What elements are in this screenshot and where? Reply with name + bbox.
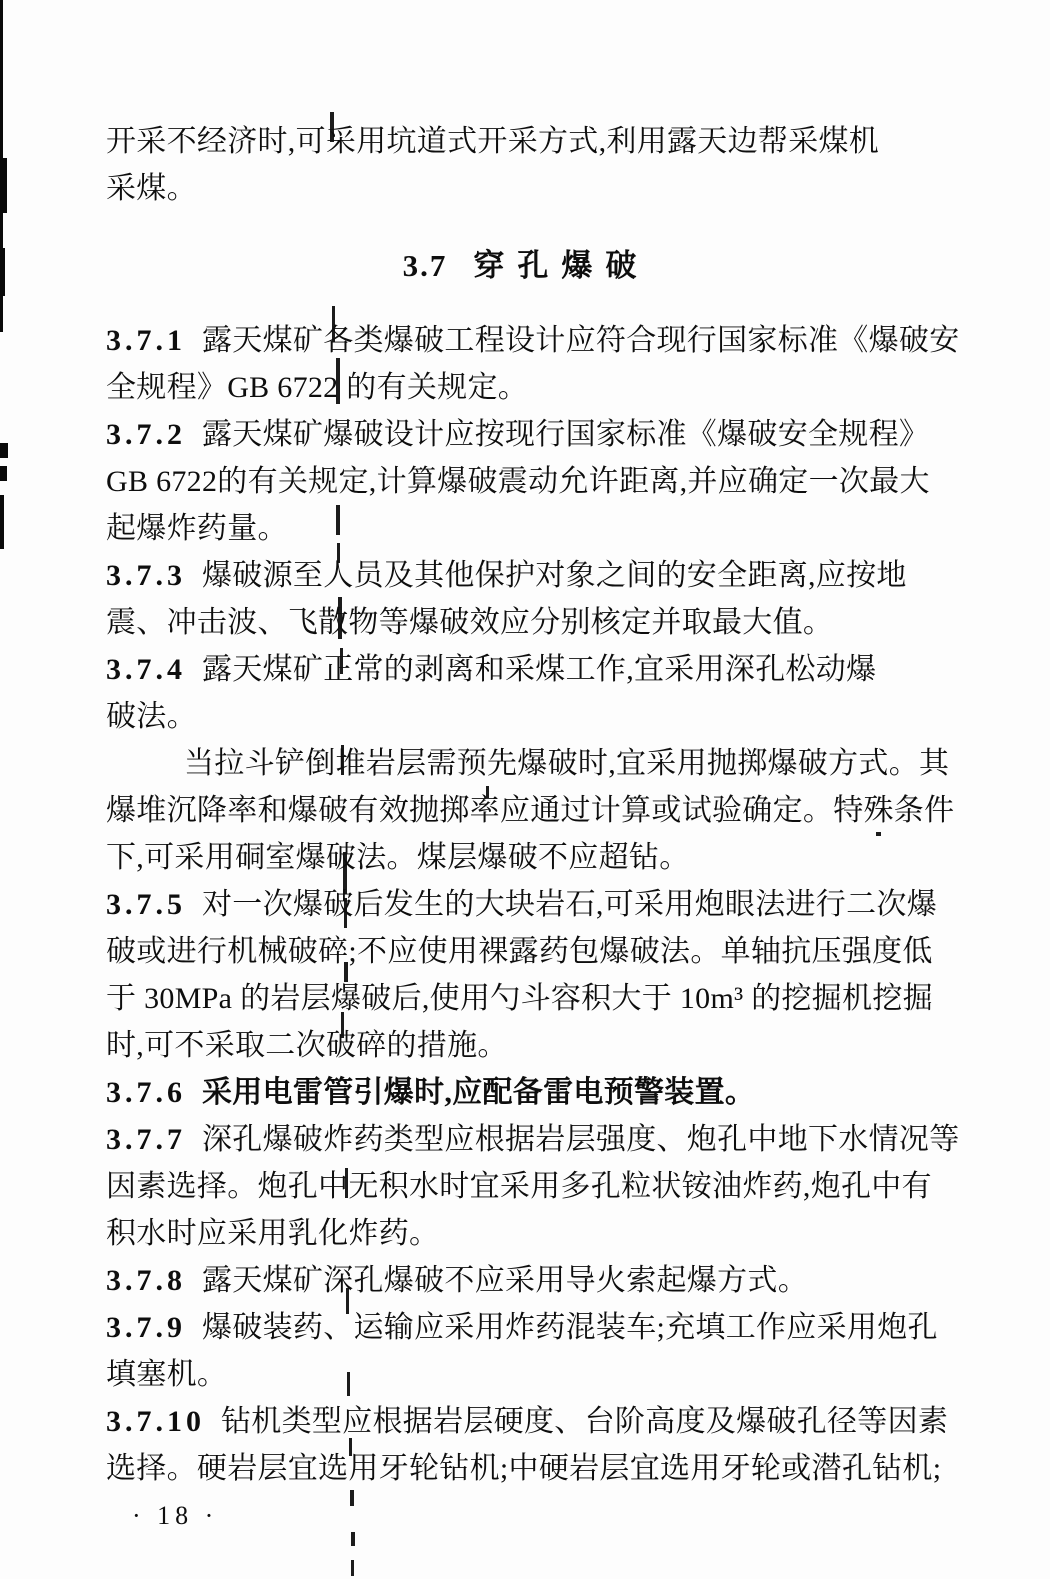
line-text: 选择。硬岩层宜选用牙轮钻机;中硬岩层宜选用牙轮或潜孔钻机;: [106, 1452, 941, 1485]
text-line: 选择。硬岩层宜选用牙轮钻机;中硬岩层宜选用牙轮或潜孔钻机;: [106, 1445, 946, 1492]
line-text: 当拉斗铲倒堆岩层需预先爆破时,宜采用抛掷爆破方式。其: [184, 747, 949, 780]
text-line: 于 30MPa 的岩层爆破后,使用勺斗容积大于 10m³ 的挖掘机挖掘: [106, 975, 946, 1022]
line-text: GB 6722的有关规定,计算爆破震动允许距离,并应确定一次最大: [106, 465, 930, 498]
crease-mark: [351, 1560, 354, 1576]
line-text: 填塞机。: [106, 1358, 227, 1391]
line-text: 下,可采用硐室爆破法。煤层爆破不应超钻。: [106, 841, 690, 874]
text-line: 3.7.1露天煤矿各类爆破工程设计应符合现行国家标准《爆破安: [106, 317, 946, 364]
line-text: 破或进行机械破碎;不应使用裸露药包爆破法。单轴抗压强度低: [106, 935, 933, 968]
section-title: 穿孔爆破: [473, 248, 649, 283]
line-text: 于 30MPa 的岩层爆破后,使用勺斗容积大于 10m³ 的挖掘机挖掘: [106, 982, 933, 1015]
line-text: 积水时应采用乳化炸药。: [106, 1217, 439, 1250]
scan-edge-line: [0, 495, 4, 549]
text-line: 震、冲击波、飞散物等爆破效应分别核定并取最大值。: [106, 599, 946, 646]
text-line: 破法。: [106, 693, 946, 740]
text-line: 3.7.9爆破装药、运输应采用炸药混装车;充填工作应采用炮孔: [106, 1304, 946, 1351]
scan-edge-mark: [0, 466, 7, 481]
page-text-column: 开采不经济时,可采用坑道式开采方式,利用露天边帮采煤机 采煤。 3.7穿孔爆破 …: [106, 118, 946, 1539]
clause-number: 3.7.3: [106, 559, 186, 592]
clause-number: 3.7.6: [106, 1076, 186, 1109]
text-line: 破或进行机械破碎;不应使用裸露药包爆破法。单轴抗压强度低: [106, 928, 946, 975]
clause-number: 3.7.7: [106, 1123, 186, 1156]
text-line: 全规程》GB 6722 的有关规定。: [106, 364, 946, 411]
line-text: 露天煤矿爆破设计应按现行国家标准《爆破安全规程》: [202, 418, 929, 451]
clause-number: 3.7.5: [106, 888, 186, 921]
line-text: 爆破装药、运输应采用炸药混装车;充填工作应采用炮孔: [202, 1311, 938, 1344]
text-line: 3.7.6采用电雷管引爆时,应配备雷电预警装置。: [106, 1069, 946, 1116]
line-text: 震、冲击波、飞散物等爆破效应分别核定并取最大值。: [106, 606, 833, 639]
line-text: 对一次爆破后发生的大块岩石,可采用炮眼法进行二次爆: [202, 888, 937, 921]
line-text: 钻机类型应根据岩层硬度、台阶高度及爆破孔径等因素: [221, 1405, 948, 1438]
clause-number: 3.7.1: [106, 324, 186, 357]
scan-edge-blotch: [0, 248, 5, 296]
line-text: 时,可不采取二次破碎的措施。: [106, 1029, 508, 1062]
text-line: 3.7.10钻机类型应根据岩层硬度、台阶高度及爆破孔径等因素: [106, 1398, 946, 1445]
text-line: 当拉斗铲倒堆岩层需预先爆破时,宜采用抛掷爆破方式。其: [106, 740, 946, 787]
scan-edge-mark: [0, 443, 8, 458]
section-heading: 3.7穿孔爆破: [106, 242, 946, 289]
line-text: 露天煤矿各类爆破工程设计应符合现行国家标准《爆破安: [202, 324, 960, 357]
text-line: 3.7.5对一次爆破后发生的大块岩石,可采用炮眼法进行二次爆: [106, 881, 946, 928]
line-text: 露天煤矿正常的剥离和采煤工作,宜采用深孔松动爆: [202, 653, 876, 686]
clause-number: 3.7.2: [106, 418, 186, 451]
scanned-document-page: 开采不经济时,可采用坑道式开采方式,利用露天边帮采煤机 采煤。 3.7穿孔爆破 …: [0, 0, 1050, 1579]
page-number: · 18 ·: [106, 1492, 946, 1539]
text-line: 下,可采用硐室爆破法。煤层爆破不应超钻。: [106, 834, 946, 881]
line-text: 爆堆沉降率和爆破有效抛掷率应通过计算或试验确定。特殊条件: [106, 794, 954, 827]
line-text: 深孔爆破炸药类型应根据岩层强度、炮孔中地下水情况等: [202, 1123, 960, 1156]
line-text: 破法。: [106, 700, 197, 733]
text-line: 爆堆沉降率和爆破有效抛掷率应通过计算或试验确定。特殊条件: [106, 787, 946, 834]
text-line: 采煤。: [106, 165, 946, 212]
text-line: 3.7.4露天煤矿正常的剥离和采煤工作,宜采用深孔松动爆: [106, 646, 946, 693]
clause-number: 3.7.9: [106, 1311, 186, 1344]
scan-edge-blotch: [0, 158, 7, 213]
clause-number: 3.7.10: [106, 1405, 205, 1438]
text-line: 积水时应采用乳化炸药。: [106, 1210, 946, 1257]
text-line: 因素选择。炮孔中无积水时宜采用多孔粒状铵油炸药,炮孔中有: [106, 1163, 946, 1210]
text-line: 3.7.3爆破源至人员及其他保护对象之间的安全距离,应按地: [106, 552, 946, 599]
text-line: GB 6722的有关规定,计算爆破震动允许距离,并应确定一次最大: [106, 458, 946, 505]
clause-number: 3.7.8: [106, 1264, 186, 1297]
text-line: 3.7.7深孔爆破炸药类型应根据岩层强度、炮孔中地下水情况等: [106, 1116, 946, 1163]
section-number: 3.7: [403, 248, 448, 283]
text-line: 3.7.8露天煤矿深孔爆破不应采用导火索起爆方式。: [106, 1257, 946, 1304]
text-line: 3.7.2露天煤矿爆破设计应按现行国家标准《爆破安全规程》: [106, 411, 946, 458]
text-line: 开采不经济时,可采用坑道式开采方式,利用露天边帮采煤机: [106, 118, 946, 165]
line-text: 采用电雷管引爆时,应配备雷电预警装置。: [202, 1076, 755, 1109]
line-text: 起爆炸药量。: [106, 512, 288, 545]
text-line: 起爆炸药量。: [106, 505, 946, 552]
text-line: 填塞机。: [106, 1351, 946, 1398]
line-text: 爆破源至人员及其他保护对象之间的安全距离,应按地: [202, 559, 907, 592]
line-text: 开采不经济时,可采用坑道式开采方式,利用露天边帮采煤机: [106, 125, 879, 158]
line-text: 采煤。: [106, 172, 197, 205]
line-text: 露天煤矿深孔爆破不应采用导火索起爆方式。: [202, 1264, 808, 1297]
line-text: 全规程》GB 6722 的有关规定。: [106, 371, 528, 404]
clause-number: 3.7.4: [106, 653, 186, 686]
line-text: 因素选择。炮孔中无积水时宜采用多孔粒状铵油炸药,炮孔中有: [106, 1170, 932, 1203]
text-line: 时,可不采取二次破碎的措施。: [106, 1022, 946, 1069]
